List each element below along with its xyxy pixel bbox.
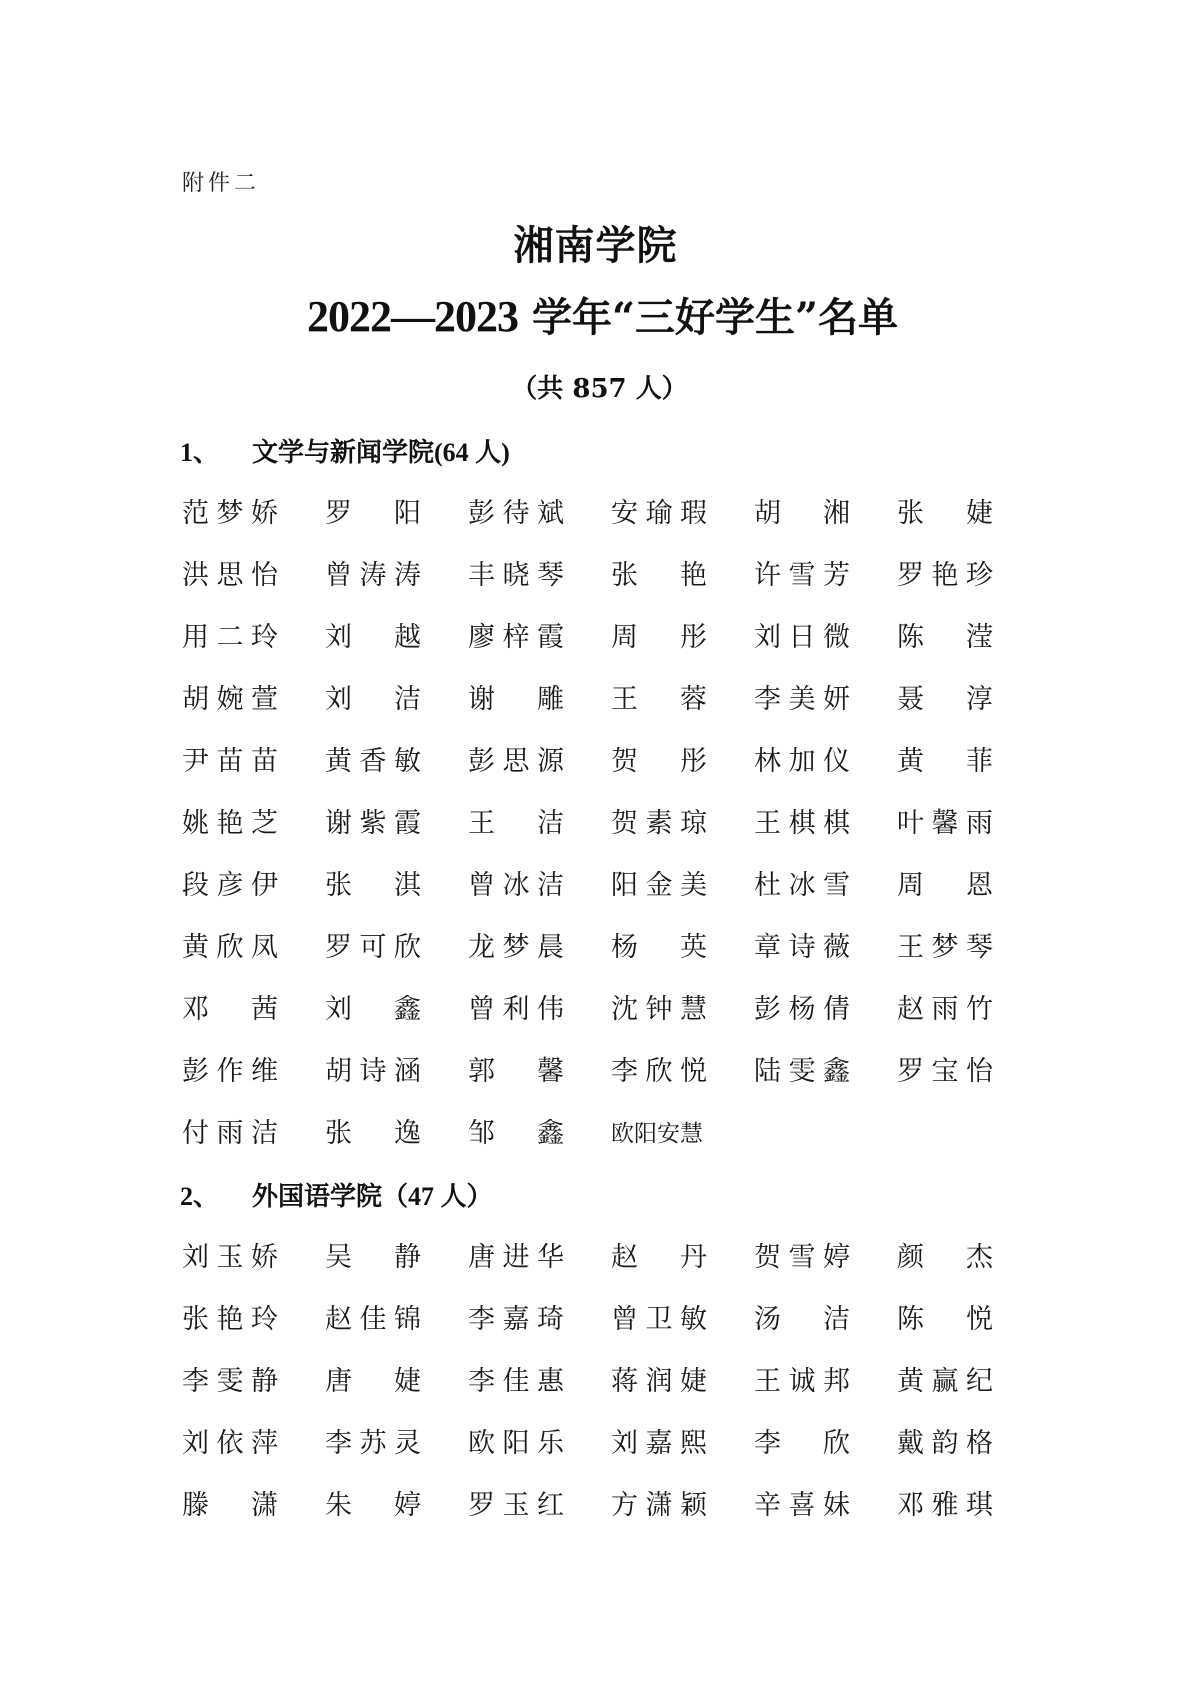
student-name: 杜冰雪 [754, 866, 850, 906]
student-name: 唐婕 [325, 1362, 421, 1402]
student-name: 胡诗涵 [325, 1052, 421, 1092]
student-name: 黄赢纪 [897, 1362, 993, 1402]
student-name: 辛喜妹 [754, 1486, 850, 1526]
name-row: 用二玲刘越廖梓霞周彤刘日微陈滢 [182, 618, 1042, 658]
academic-year: 2022—2023 [307, 292, 518, 341]
student-name: 安瑜瑕 [611, 494, 707, 534]
student-name: 曾冰洁 [468, 866, 564, 906]
student-name: 黄菲 [897, 742, 993, 782]
student-name: 叶馨雨 [897, 804, 993, 844]
student-name: 张艳玲 [182, 1300, 278, 1340]
student-name: 龙梦晨 [468, 928, 564, 968]
student-name: 用二玲 [182, 618, 278, 658]
student-name: 李美妍 [754, 680, 850, 720]
student-name: 廖梓霞 [468, 618, 564, 658]
student-name: 曾涛涛 [325, 556, 421, 596]
student-name: 贺雪婷 [754, 1238, 850, 1278]
student-name: 陈悦 [897, 1300, 993, 1340]
student-name: 李佳惠 [468, 1362, 564, 1402]
student-name: 张逸 [325, 1114, 421, 1154]
section-count: (64 人) [434, 438, 510, 467]
student-name: 张艳 [611, 556, 707, 596]
section-count: （47 人） [382, 1182, 493, 1211]
student-name: 胡湘 [754, 494, 850, 534]
name-row: 张艳玲赵佳锦李嘉琦曾卫敏汤洁陈悦 [182, 1300, 1042, 1340]
student-name: 朱婷 [325, 1486, 421, 1526]
student-name: 刘越 [325, 618, 421, 658]
student-name: 赵丹 [611, 1238, 707, 1278]
student-name: 汤洁 [754, 1300, 850, 1340]
student-name: 丰晓琴 [468, 556, 564, 596]
student-name: 彭杨倩 [754, 990, 850, 1030]
student-name: 王洁 [468, 804, 564, 844]
student-name: 唐进华 [468, 1238, 564, 1278]
student-name: 邓雅琪 [897, 1486, 993, 1526]
student-name: 聂淳 [897, 680, 993, 720]
student-name: 沈钟慧 [611, 990, 707, 1030]
student-name: 王梦琴 [897, 928, 993, 968]
student-name: 赵佳锦 [325, 1300, 421, 1340]
student-name: 彭思源 [468, 742, 564, 782]
student-name: 黄欣凤 [182, 928, 278, 968]
student-name: 方潇颖 [611, 1486, 707, 1526]
student-name: 章诗薇 [754, 928, 850, 968]
student-name: 谢雕 [468, 680, 564, 720]
student-name: 尹苗苗 [182, 742, 278, 782]
section-name: 文学与新闻学院 [252, 438, 434, 468]
name-row: 洪思怡曾涛涛丰晓琴张艳许雪芳罗艳珍 [182, 556, 1042, 596]
student-name: 滕潇 [182, 1486, 278, 1526]
name-row: 李雯静唐婕李佳惠蒋润婕王诚邦黄赢纪 [182, 1362, 1042, 1402]
name-row: 姚艳芝谢紫霞王洁贺素琼王棋棋叶馨雨 [182, 804, 1042, 844]
student-name: 曾利伟 [468, 990, 564, 1030]
student-name: 罗宝怡 [897, 1052, 993, 1092]
student-name: 罗玉红 [468, 1486, 564, 1526]
name-row: 刘依萍李苏灵欧阳乐刘嘉熙李欣戴韵格 [182, 1424, 1042, 1464]
student-name: 刘日微 [754, 618, 850, 658]
section-number: 1、 [180, 432, 252, 469]
student-name: 彭待斌 [468, 494, 564, 534]
student-name: 李嘉琦 [468, 1300, 564, 1340]
student-name: 贺彤 [611, 742, 707, 782]
name-row: 彭作维胡诗涵郭馨李欣悦陆雯鑫罗宝怡 [182, 1052, 1042, 1092]
document-title: 湘南学院 [0, 214, 1191, 271]
student-name: 李欣 [754, 1424, 850, 1464]
name-row: 范梦娇罗阳彭待斌安瑜瑕胡湘张婕 [182, 494, 1042, 534]
student-name: 胡婉萱 [182, 680, 278, 720]
student-name: 戴韵格 [897, 1424, 993, 1464]
name-row: 滕潇朱婷罗玉红方潇颖辛喜妹邓雅琪 [182, 1486, 1042, 1526]
student-name: 颜杰 [897, 1238, 993, 1278]
student-name: 张淇 [325, 866, 421, 906]
student-name: 李雯静 [182, 1362, 278, 1402]
section-number: 2、 [180, 1176, 252, 1213]
student-name: 罗阳 [325, 494, 421, 534]
student-name: 张婕 [897, 494, 993, 534]
student-name: 谢紫霞 [325, 804, 421, 844]
name-row: 刘玉娇吴静唐进华赵丹贺雪婷颜杰 [182, 1238, 1042, 1278]
student-name: 李苏灵 [325, 1424, 421, 1464]
student-name: 贺素琼 [611, 804, 707, 844]
student-name: 许雪芳 [754, 556, 850, 596]
attachment-label: 附件二 [182, 166, 260, 197]
section-name: 外国语学院 [252, 1182, 382, 1212]
student-name: 姚艳芝 [182, 804, 278, 844]
student-name: 陆雯鑫 [754, 1052, 850, 1092]
student-name: 李欣悦 [611, 1052, 707, 1092]
section-heading: 2、外国语学院（47 人） [180, 1176, 493, 1213]
student-name: 黄香敏 [325, 742, 421, 782]
section-heading: 1、文学与新闻学院(64 人) [180, 432, 510, 469]
student-name: 王蓉 [611, 680, 707, 720]
student-name: 洪思怡 [182, 556, 278, 596]
student-name: 阳金美 [611, 866, 707, 906]
student-name: 邹鑫 [468, 1114, 564, 1154]
student-name: 陈滢 [897, 618, 993, 658]
student-name: 刘鑫 [325, 990, 421, 1030]
student-name: 杨英 [611, 928, 707, 968]
student-name: 王棋棋 [754, 804, 850, 844]
student-name: 罗艳珍 [897, 556, 993, 596]
student-name: 赵雨竹 [897, 990, 993, 1030]
student-name: 刘洁 [325, 680, 421, 720]
document-subtitle: 2022—2023 学年“三好学生”名单 [0, 286, 1191, 343]
student-name: 周彤 [611, 618, 707, 658]
student-name: 邓茜 [182, 990, 278, 1030]
student-name: 蒋润婕 [611, 1362, 707, 1402]
name-row: 段彦伊张淇曾冰洁阳金美杜冰雪周恩 [182, 866, 1042, 906]
name-row: 黄欣凤罗可欣龙梦晨杨英章诗薇王梦琴 [182, 928, 1042, 968]
subtitle-text: 学年“三好学生”名单 [532, 294, 898, 341]
student-name: 刘依萍 [182, 1424, 278, 1464]
total-count: （共 857 人） [0, 368, 1191, 405]
student-name: 吴静 [325, 1238, 421, 1278]
document-page: 附件二 湘南学院 2022—2023 学年“三好学生”名单 （共 857 人） … [0, 0, 1191, 1684]
student-name: 欧阳安慧 [611, 1114, 707, 1154]
name-row: 付雨洁张逸邹鑫欧阳安慧 [182, 1114, 1042, 1154]
name-row: 胡婉萱刘洁谢雕王蓉李美妍聂淳 [182, 680, 1042, 720]
student-name: 范梦娇 [182, 494, 278, 534]
name-row: 尹苗苗黄香敏彭思源贺彤林加仪黄菲 [182, 742, 1042, 782]
student-name: 曾卫敏 [611, 1300, 707, 1340]
student-name: 付雨洁 [182, 1114, 278, 1154]
student-name: 彭作维 [182, 1052, 278, 1092]
student-name: 刘嘉熙 [611, 1424, 707, 1464]
student-name: 郭馨 [468, 1052, 564, 1092]
name-row: 邓茜刘鑫曾利伟沈钟慧彭杨倩赵雨竹 [182, 990, 1042, 1030]
student-name: 王诚邦 [754, 1362, 850, 1402]
student-name: 周恩 [897, 866, 993, 906]
student-name: 段彦伊 [182, 866, 278, 906]
student-name: 林加仪 [754, 742, 850, 782]
student-name: 刘玉娇 [182, 1238, 278, 1278]
student-name: 罗可欣 [325, 928, 421, 968]
student-name: 欧阳乐 [468, 1424, 564, 1464]
